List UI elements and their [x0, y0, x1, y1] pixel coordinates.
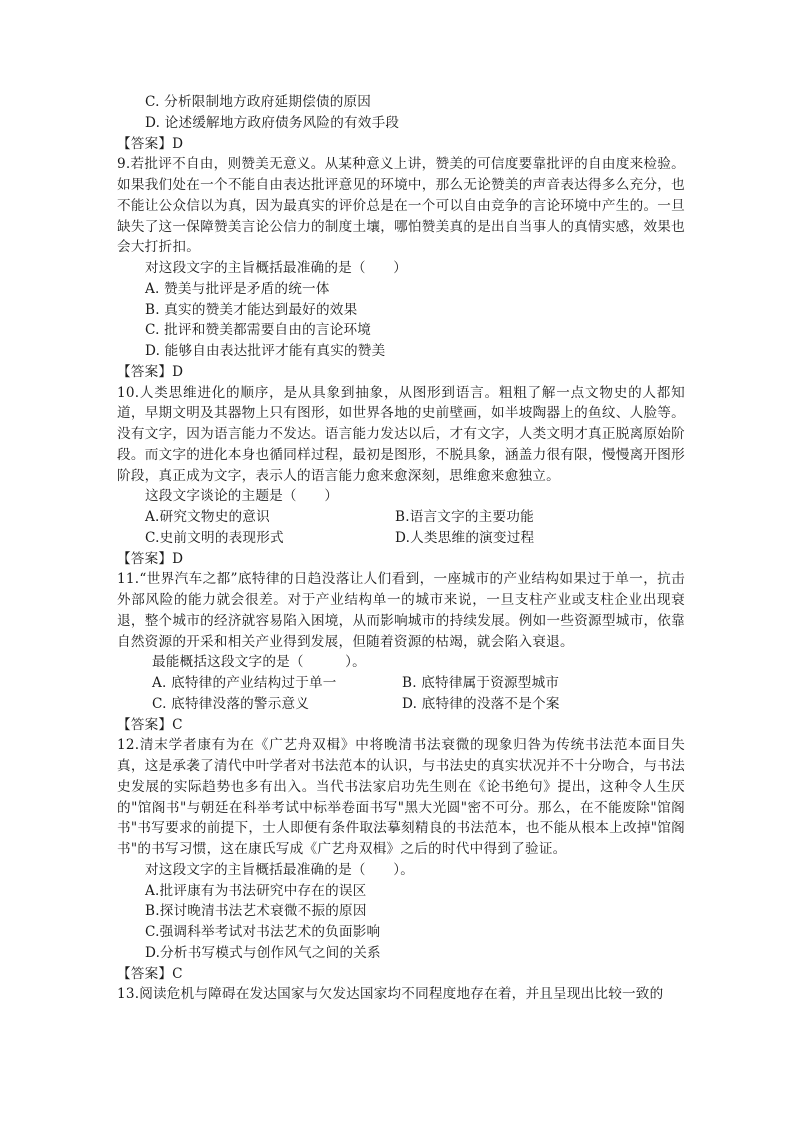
q8-option-c: C. 分析限制地方政府延期偿债的原因	[117, 92, 685, 113]
q8-answer: 【答案】D	[117, 134, 685, 155]
q9-option-a: A. 赞美与批评是矛盾的统一体	[117, 279, 685, 300]
q9-answer: 【答案】D	[117, 362, 685, 383]
q9-option-d: D. 能够自由表达批评才能有真实的赞美	[117, 341, 685, 362]
q13-stem: 13.阅读危机与障碍在发达国家与欠发达国家均不同程度地存在着，并且呈现出比较一致…	[117, 984, 685, 1005]
q12-stem: 12.清末学者康有为在《广艺舟双楫》中将晚清书法衰微的现象归咎为传统书法范本面目…	[117, 735, 685, 860]
q12-option-a: A.批评康有为书法研究中存在的误区	[117, 881, 685, 902]
q10-stem: 10.人类思维进化的顺序，是从具象到抽象，从图形到语言。粗粗了解一点文物史的人都…	[117, 383, 685, 487]
q11-option-b: B. 底特律属于资源型城市	[402, 673, 559, 694]
q10-option-a: A.研究文物史的意识	[145, 507, 395, 528]
q10-option-c: C.史前文明的表现形式	[145, 528, 395, 549]
q11-options-row-1: A. 底特律的产业结构过于单一 B. 底特律属于资源型城市	[117, 673, 685, 694]
q12-option-d: D.分析书写模式与创作风气之间的关系	[117, 943, 685, 964]
q10-option-b: B.语言文字的主要功能	[395, 507, 534, 528]
q11-answer: 【答案】C	[117, 715, 685, 736]
q12-option-b: B.探讨晚清书法艺术衰微不振的原因	[117, 901, 685, 922]
document-page: C. 分析限制地方政府延期偿债的原因 D. 论述缓解地方政府债务风险的有效手段 …	[117, 92, 685, 1005]
q9-question: 对这段文字的主旨概括最准确的是（ ）	[117, 258, 685, 279]
q10-options-row-1: A.研究文物史的意识 B.语言文字的主要功能	[117, 507, 685, 528]
q11-option-c: C. 底特律没落的警示意义	[152, 694, 402, 715]
q10-answer: 【答案】D	[117, 549, 685, 570]
q10-option-d: D.人类思维的演变过程	[395, 528, 534, 549]
q11-question: 最能概括这段文字的是（ ）。	[117, 652, 685, 673]
q10-options-row-2: C.史前文明的表现形式 D.人类思维的演变过程	[117, 528, 685, 549]
q11-option-d: D. 底特律的没落不是个案	[402, 694, 560, 715]
q11-stem: 11.“世界汽车之都”底特律的日趋没落让人们看到，一座城市的产业结构如果过于单一…	[117, 569, 685, 652]
q12-question: 对这段文字的主旨概括最准确的是（ ）。	[117, 860, 685, 881]
q12-option-c: C.强调科举考试对书法艺术的负面影响	[117, 922, 685, 943]
q8-option-d: D. 论述缓解地方政府债务风险的有效手段	[117, 113, 685, 134]
q9-option-c: C. 批评和赞美都需要自由的言论环境	[117, 320, 685, 341]
q11-option-a: A. 底特律的产业结构过于单一	[152, 673, 402, 694]
q10-question: 这段文字谈论的主题是（ ）	[117, 486, 685, 507]
q12-answer: 【答案】C	[117, 964, 685, 985]
q11-options-row-2: C. 底特律没落的警示意义 D. 底特律的没落不是个案	[117, 694, 685, 715]
q9-stem: 9.若批评不自由，则赞美无意义。从某种意义上讲，赞美的可信度要靠批评的自由度来检…	[117, 154, 685, 258]
q9-option-b: B. 真实的赞美才能达到最好的效果	[117, 300, 685, 321]
